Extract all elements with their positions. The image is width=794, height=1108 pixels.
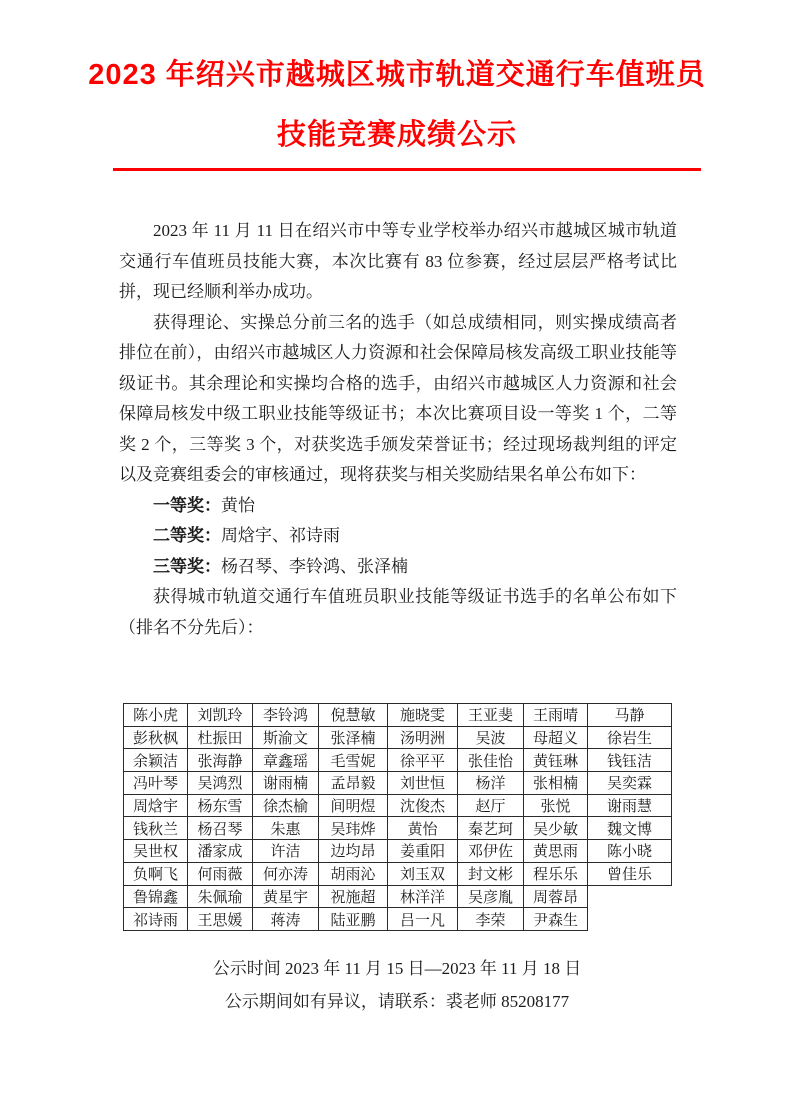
table-cell: 孟昂毅 <box>319 772 388 795</box>
document-footer: 公示时间 2023 年 11 月 15 日—2023 年 11 月 18 日 公… <box>0 952 794 1018</box>
table-cell: 黄怡 <box>388 817 458 840</box>
award-label-third: 三等奖： <box>153 557 221 576</box>
footer-contact: 公示期间如有异议，请联系：裘老师 85208177 <box>0 985 794 1018</box>
award-label-second: 二等奖： <box>153 526 221 545</box>
names-table-body: 陈小虎刘凯玲李铃鸿倪慧敏施晓雯王亚斐王雨晴马静彭秋枫杜振田斯渝文张泽楠汤明洲吴波… <box>124 704 672 931</box>
table-cell: 杨东雪 <box>188 794 253 817</box>
table-row: 负啊飞何雨薇何亦涛胡雨沁刘玉双封文彬程乐乐曾佳乐 <box>124 862 672 885</box>
table-cell: 李荣 <box>458 908 524 931</box>
title-line-1: 2023 年绍兴市越城区城市轨道交通行车值班员 <box>0 45 794 105</box>
table-cell: 张海静 <box>188 749 253 772</box>
table-cell: 朱佩瑜 <box>188 885 253 908</box>
table-cell: 汤明洲 <box>388 726 458 749</box>
table-row: 钱秋兰杨召琴朱惠吴玮烨黄怡秦艺珂吴少敏魏文博 <box>124 817 672 840</box>
document-page: 2023 年绍兴市越城区城市轨道交通行车值班员 技能竞赛成绩公示 2023 年 … <box>0 0 794 1108</box>
table-cell: 钱钰洁 <box>588 749 672 772</box>
table-cell: 陆亚鹏 <box>319 908 388 931</box>
table-cell: 张悦 <box>524 794 588 817</box>
table-cell: 章鑫瑶 <box>253 749 319 772</box>
award-line-second: 二等奖：周焓宇、祁诗雨 <box>119 521 677 552</box>
table-cell: 斯渝文 <box>253 726 319 749</box>
award-names-third: 杨召琴、李铃鸿、张泽楠 <box>221 557 408 576</box>
award-line-third: 三等奖：杨召琴、李铃鸿、张泽楠 <box>119 552 677 583</box>
footer-publicity-period: 公示时间 2023 年 11 月 15 日—2023 年 11 月 18 日 <box>0 952 794 985</box>
table-cell: 杜振田 <box>188 726 253 749</box>
table-cell: 徐杰榆 <box>253 794 319 817</box>
table-cell: 沈俊杰 <box>388 794 458 817</box>
table-cell: 谢雨慧 <box>588 794 672 817</box>
table-cell: 谢雨楠 <box>253 772 319 795</box>
names-table-wrapper: 陈小虎刘凯玲李铃鸿倪慧敏施晓雯王亚斐王雨晴马静彭秋枫杜振田斯渝文张泽楠汤明洲吴波… <box>123 703 672 931</box>
table-cell: 尹森生 <box>524 908 588 931</box>
table-cell: 刘凯玲 <box>188 704 253 727</box>
title-line-2: 技能竞赛成绩公示 <box>0 105 794 165</box>
table-cell: 陈小虎 <box>124 704 188 727</box>
award-names-second: 周焓宇、祁诗雨 <box>221 526 340 545</box>
table-cell: 吴彦胤 <box>458 885 524 908</box>
award-line-first: 一等奖：黄怡 <box>119 491 677 522</box>
table-cell: 吴世权 <box>124 840 188 863</box>
table-cell: 姜重阳 <box>388 840 458 863</box>
table-cell: 徐平平 <box>388 749 458 772</box>
table-cell: 鲁锦鑫 <box>124 885 188 908</box>
table-row: 鲁锦鑫朱佩瑜黄星宇祝施超林洋洋吴彦胤周蓉昂 <box>124 885 672 908</box>
table-cell: 张泽楠 <box>319 726 388 749</box>
table-cell: 林洋洋 <box>388 885 458 908</box>
table-row: 祁诗雨王思媛蒋涛陆亚鹏吕一凡李荣尹森生 <box>124 908 672 931</box>
table-cell: 杨洋 <box>458 772 524 795</box>
table-cell: 杨召琴 <box>188 817 253 840</box>
table-cell: 黄思雨 <box>524 840 588 863</box>
names-table: 陈小虎刘凯玲李铃鸿倪慧敏施晓雯王亚斐王雨晴马静彭秋枫杜振田斯渝文张泽楠汤明洲吴波… <box>123 703 672 931</box>
table-row: 陈小虎刘凯玲李铃鸿倪慧敏施晓雯王亚斐王雨晴马静 <box>124 704 672 727</box>
table-row: 周焓宇杨东雪徐杰榆间明煜沈俊杰赵厅张悦谢雨慧 <box>124 794 672 817</box>
table-cell: 张佳怡 <box>458 749 524 772</box>
table-cell: 吴鸿烈 <box>188 772 253 795</box>
award-label-first: 一等奖： <box>153 496 221 515</box>
table-cell: 李铃鸿 <box>253 704 319 727</box>
table-cell: 周蓉昂 <box>524 885 588 908</box>
table-cell: 魏文博 <box>588 817 672 840</box>
table-cell: 母超义 <box>524 726 588 749</box>
table-cell: 施晓雯 <box>388 704 458 727</box>
table-row: 冯叶琴吴鸿烈谢雨楠孟昂毅刘世恒杨洋张相楠吴奕霖 <box>124 772 672 795</box>
table-cell: 王亚斐 <box>458 704 524 727</box>
table-cell: 曾佳乐 <box>588 862 672 885</box>
table-cell: 周焓宇 <box>124 794 188 817</box>
table-cell: 余颖洁 <box>124 749 188 772</box>
table-cell: 朱惠 <box>253 817 319 840</box>
table-cell: 吴波 <box>458 726 524 749</box>
table-cell: 秦艺珂 <box>458 817 524 840</box>
table-cell: 何亦涛 <box>253 862 319 885</box>
table-cell: 吴少敏 <box>524 817 588 840</box>
table-cell: 祝施超 <box>319 885 388 908</box>
table-cell: 王雨晴 <box>524 704 588 727</box>
table-cell: 吕一凡 <box>388 908 458 931</box>
paragraph-rules: 获得理论、实操总分前三名的选手（如总成绩相同，则实操成绩高者排位在前），由绍兴市… <box>119 308 677 491</box>
page-title: 2023 年绍兴市越城区城市轨道交通行车值班员 技能竞赛成绩公示 <box>0 45 794 165</box>
document-body: 2023 年 11 月 11 日在绍兴市中等专业学校举办绍兴市越城区城市轨道交通… <box>119 216 677 643</box>
table-cell: 倪慧敏 <box>319 704 388 727</box>
table-cell: 间明煜 <box>319 794 388 817</box>
table-row: 彭秋枫杜振田斯渝文张泽楠汤明洲吴波母超义徐岩生 <box>124 726 672 749</box>
paragraph-intro: 2023 年 11 月 11 日在绍兴市中等专业学校举办绍兴市越城区城市轨道交通… <box>119 216 677 308</box>
table-cell: 胡雨沁 <box>319 862 388 885</box>
table-cell: 许洁 <box>253 840 319 863</box>
table-cell: 徐岩生 <box>588 726 672 749</box>
award-names-first: 黄怡 <box>221 496 255 515</box>
table-cell: 冯叶琴 <box>124 772 188 795</box>
table-cell: 蒋涛 <box>253 908 319 931</box>
table-cell: 何雨薇 <box>188 862 253 885</box>
table-cell: 马静 <box>588 704 672 727</box>
table-cell: 陈小晓 <box>588 840 672 863</box>
table-cell: 钱秋兰 <box>124 817 188 840</box>
table-cell: 封文彬 <box>458 862 524 885</box>
table-cell: 刘世恒 <box>388 772 458 795</box>
table-row: 余颖洁张海静章鑫瑶毛雪妮徐平平张佳怡黄钰琳钱钰洁 <box>124 749 672 772</box>
table-cell: 潘家成 <box>188 840 253 863</box>
title-underline-divider <box>113 168 701 171</box>
table-row: 吴世权潘家成许洁边均昂姜重阳邓伊佐黄思雨陈小晓 <box>124 840 672 863</box>
paragraph-certificate-list-intro: 获得城市轨道交通行车值班员职业技能等级证书选手的名单公布如下（排名不分先后）： <box>119 582 677 643</box>
table-cell: 吴奕霖 <box>588 772 672 795</box>
table-cell: 邓伊佐 <box>458 840 524 863</box>
table-cell: 边均昂 <box>319 840 388 863</box>
table-cell: 黄钰琳 <box>524 749 588 772</box>
table-cell: 彭秋枫 <box>124 726 188 749</box>
table-cell: 赵厅 <box>458 794 524 817</box>
table-cell: 祁诗雨 <box>124 908 188 931</box>
table-cell: 负啊飞 <box>124 862 188 885</box>
table-cell: 毛雪妮 <box>319 749 388 772</box>
table-cell: 刘玉双 <box>388 862 458 885</box>
table-cell: 程乐乐 <box>524 862 588 885</box>
table-cell: 王思媛 <box>188 908 253 931</box>
table-cell: 张相楠 <box>524 772 588 795</box>
table-cell: 吴玮烨 <box>319 817 388 840</box>
table-cell: 黄星宇 <box>253 885 319 908</box>
